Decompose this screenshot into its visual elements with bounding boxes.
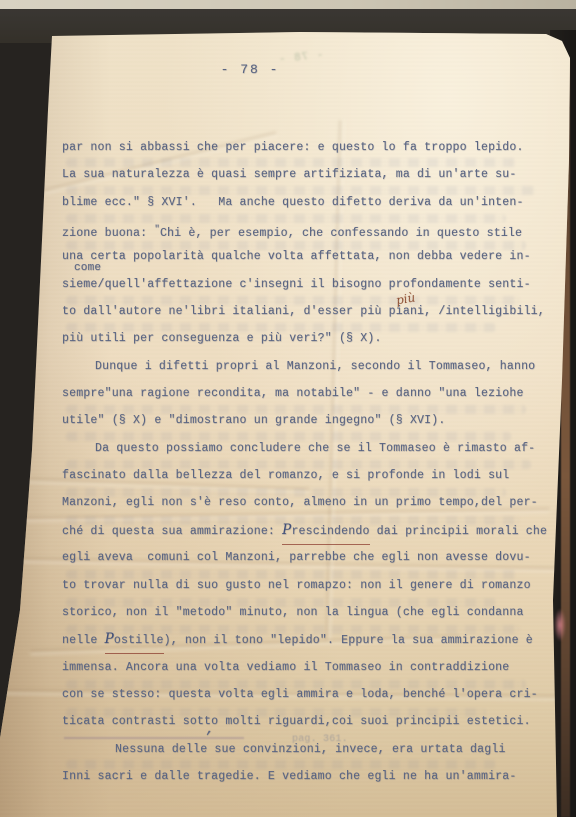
scanned-book-photo: { "page": { "number": "- 78 -" }, "annot… [0, 0, 576, 817]
typed-segment: ché di questa sua ammirazione: [62, 525, 282, 538]
typed-segment: zione buona: [62, 227, 154, 240]
typed-line: egli aveva comuni col Manzoni, parrebbe … [62, 545, 562, 572]
typed-segment: nelle [62, 634, 105, 647]
typed-line-paragraph-start: Da questo possiamo concludere che se il … [62, 436, 562, 463]
typed-line: par non si abbassi che per piacere: e qu… [62, 135, 562, 162]
typed-line-paragraph-start: Dunque i difetti propri al Manzoni, seco… [62, 354, 562, 381]
underlined-word-prescindendo: Prescindendo [282, 518, 369, 545]
page-number: - 78 - [180, 62, 320, 77]
typed-line: immensa. Ancora una volta vediamo il Tom… [62, 655, 562, 682]
typewritten-page: - 78 - - 78 - par non si abbassi che per… [0, 0, 576, 817]
typed-line: una certa popolarità qualche volta affet… [62, 244, 562, 271]
pink-ink-smudge [554, 608, 566, 642]
table-surface-strip [0, 0, 576, 9]
typed-line: zione buona: "Chi è, per esempio, che co… [62, 217, 562, 244]
typed-line: ticata contrasti sotto molti riguardi,co… [62, 709, 562, 736]
typed-line: fascinato dalla bellezza del romanzo, e … [62, 463, 562, 490]
typed-insertion-come: come [74, 262, 101, 274]
typed-segment: ), non il tono "lepido". Eppure la sua a… [164, 634, 533, 647]
typed-line: utile" (§ X) e "dimostrano un grande ing… [62, 408, 562, 435]
typed-line: La sua naturalezza è quasi sempre artifi… [62, 162, 562, 189]
typed-segment: Chi è, per esempio, che confessando in q… [160, 227, 522, 240]
typed-line: to dall'autore ne'libri italiani, d'esse… [62, 299, 562, 326]
typed-line: Inni sacri e dalle tragedie. E vediamo c… [62, 764, 562, 791]
typed-line: storico, non il "metodo" minuto, non la … [62, 600, 562, 627]
typed-text-block: par non si abbassi che per piacere: e qu… [62, 135, 562, 791]
typed-line: Manzoni, egli non s'è reso conto, almeno… [62, 490, 562, 517]
typed-line: più utili per conseguenza e più veri?" (… [62, 326, 562, 353]
typed-segment: dai principii morali che [370, 525, 548, 538]
typed-line: sieme/quell'affettazione c'insegni il bi… [62, 272, 562, 299]
typed-line: ché di questa sua ammirazione: Prescinde… [62, 518, 562, 545]
bleed-through-footnote-text: pag. 361. [292, 734, 348, 745]
underlined-word-postille: Postille [105, 627, 164, 654]
typed-line: nelle Postille), non il tono "lepido". E… [62, 627, 562, 654]
typed-line: to trovar nulla di suo gusto nel romapzo… [62, 573, 562, 600]
bleed-through-footnote-rule [64, 737, 244, 739]
typed-line: sempre"una ragione recondita, ma notabil… [62, 381, 562, 408]
typed-line: blime ecc." § XVI'. Ma anche questo dife… [62, 190, 562, 217]
typed-line: con se stesso: questa volta egli ammira … [62, 682, 562, 709]
